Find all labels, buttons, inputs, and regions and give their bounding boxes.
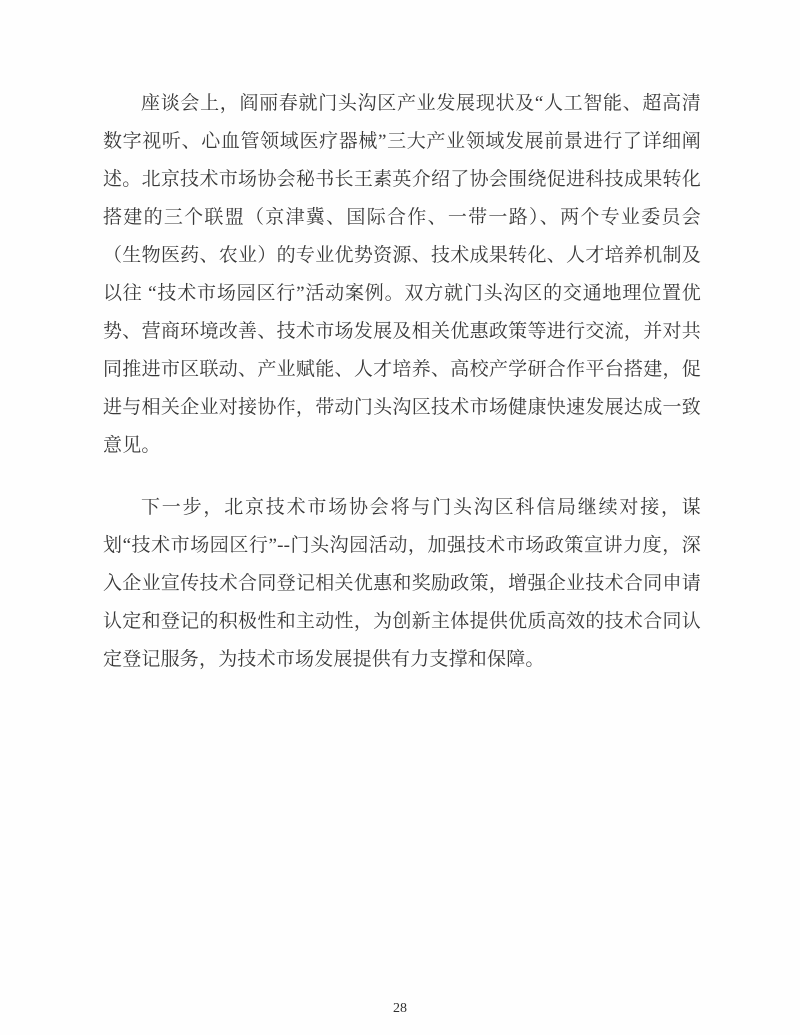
document-body: 座谈会上，阎丽春就门头沟区产业发展现状及“人工智能、超高清数字视听、心血管领域医… bbox=[103, 85, 701, 703]
paragraph-next-steps: 下一步，北京技术市场协会将与门头沟区科信局继续对接，谋划“技术市场园区行”--门… bbox=[103, 489, 701, 679]
paragraph-meeting-summary: 座谈会上，阎丽春就门头沟区产业发展现状及“人工智能、超高清数字视听、心血管领域医… bbox=[103, 85, 701, 465]
page-number: 28 bbox=[0, 1001, 800, 1017]
document-page: 座谈会上，阎丽春就门头沟区产业发展现状及“人工智能、超高清数字视听、心血管领域医… bbox=[0, 0, 800, 1035]
